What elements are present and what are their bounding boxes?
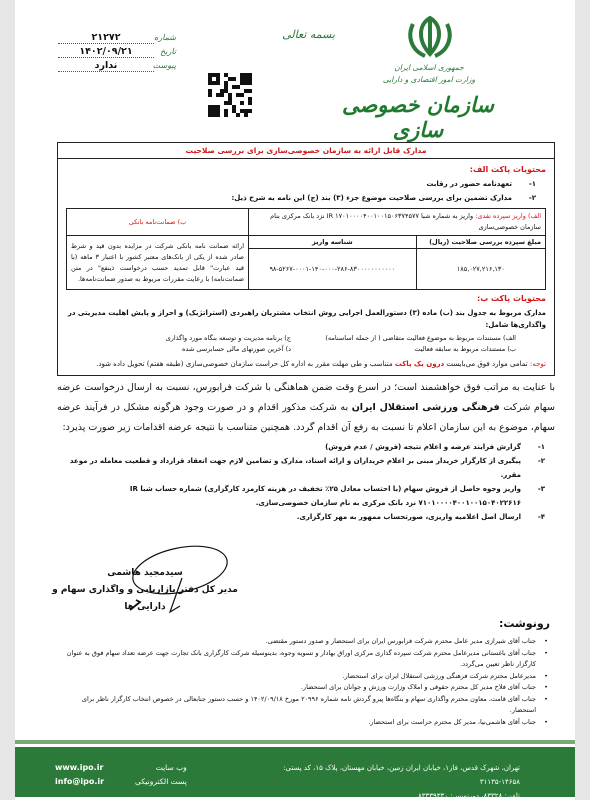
meta-attachment-label: پیوست	[154, 61, 176, 70]
gov-line-ministry: وزارت امور اقتصادی و دارایی	[381, 75, 477, 84]
cash-deposit-cell: الف) واریز سپرده نقدی: واریز به شماره شب…	[249, 209, 546, 236]
cc-heading: رونوشت:	[499, 617, 550, 630]
packet-b-item: ب) مستندات مربوط به سابقه فعالیت	[291, 344, 516, 355]
meta-number-label: شماره	[154, 33, 176, 42]
action-item: ۲-پیگیری از کارگزار خریدار مبنی بر اعلام…	[57, 454, 555, 482]
handwritten-signature-icon	[110, 540, 230, 620]
iran-emblem-icon	[405, 14, 455, 60]
bank-guarantee-label: ب) ضمانت‌نامه بانکی	[67, 209, 249, 236]
meta-date-value: ۱۴۰۲/۰۹/۲۱	[58, 46, 154, 58]
cc-item: مدیرعامل محترم شرکت فرهنگی ورزشی استقلال…	[57, 671, 536, 683]
packet-b-item: د) آخرین صورتهای مالی حسابرسی شده	[66, 344, 291, 355]
cc-item: جناب آقای شیرازی مدیر عامل محترم شرکت فر…	[57, 636, 536, 648]
meta-attachment: پیوست ندارد	[58, 60, 176, 74]
org-title: سازمان خصوصی سازی	[333, 92, 503, 142]
meta-attachment-value: ندارد	[58, 60, 154, 72]
cc-item: جناب آقای فلاح مدیر کل محترم حقوقی و امل…	[57, 682, 536, 694]
packet-a-item: ۲-مدارک تضمین برای بررسی صلاحیت موضوع جز…	[66, 192, 546, 204]
email-label: پست الکترونیکی	[135, 775, 187, 789]
cc-list: جناب آقای شیرازی مدیر عامل محترم شرکت فر…	[57, 636, 550, 728]
guarantee-text: ارائه ضمانت نامه بانکی شرکت در مزایده بد…	[67, 236, 249, 290]
website-label: وب سایت	[135, 761, 187, 775]
footer-band	[15, 740, 575, 744]
letter-page: بسمه تعالی جمهوری اسلامی ایران وزارت امو…	[15, 0, 575, 800]
cc-item: جناب آقای هاشمی‌نیا، مدیر کل محترم حراست…	[57, 717, 536, 729]
footer: تهران، شهرک قدس، فاز۱، خیابان ایران زمین…	[15, 747, 575, 797]
deposit-id-value: ۹۸-۵۲۶۷-۰۰۰۱-۱۴۰-۰۰۰-۲۸۶-۸۳۰۰۰۰۰۰۰۰۰۰۰	[249, 249, 417, 290]
cc-item: جناب آقای قامت، معاون محترم واگذاری سهام…	[57, 694, 536, 717]
packet-b-items: الف) مستندات مربوط به موضوع فعالیت متقاض…	[66, 333, 546, 355]
packet-b-intro: مدارک مربوط به جدول بند (ب) ماده (۳) دست…	[66, 307, 546, 331]
col-id-header: شناسه واریز	[249, 236, 417, 249]
body-paragraph: با عنایت به مراتب فوق خواهشمند است؛ در ا…	[57, 378, 555, 438]
footer-phone: تلفن: ۸۳۳۲۸، دورنویس: ۸۳۳۳۹۳۳۰	[260, 789, 520, 800]
packet-b-heading: محتویات پاکت ب:	[66, 294, 546, 303]
meta-date: تاریخ ۱۴۰۲/۰۹/۲۱	[58, 46, 176, 60]
col-amount-header: مبلغ سپرده بررسی صلاحیت (ریال)	[416, 236, 545, 249]
cash-deposit-label: الف) واریز سپرده نقدی:	[475, 212, 541, 220]
note-label: توجه:	[530, 360, 546, 368]
deposit-table: الف) واریز سپرده نقدی: واریز به شماره شب…	[66, 208, 546, 290]
requirements-title: مدارک قابل ارائه به سازمان خصوصی‌سازی بر…	[58, 143, 554, 159]
requirements-box: مدارک قابل ارائه به سازمان خصوصی‌سازی بر…	[57, 142, 555, 376]
amount-value: ۱۸۵,۰۲۷,۲۱۶,۱۳۰	[416, 249, 545, 290]
bismillah: بسمه تعالی	[282, 28, 335, 41]
action-item: ۱-گزارش فرایند عرضه و اعلام نتیجه (فروش …	[57, 440, 555, 454]
packet-b-item: ج) برنامه مدیریت و توسعه بنگاه مورد واگذ…	[66, 333, 291, 344]
note-highlight: درون یک پاکت	[395, 360, 444, 368]
note: توجه: تمامی موارد فوق می‌بایست درون یک پ…	[66, 359, 546, 370]
meta-number: شماره ۲۱۲۷۲	[58, 32, 176, 46]
gov-line-republic: جمهوری اسلامی ایران	[381, 63, 477, 72]
qr-code-icon[interactable]	[208, 73, 252, 117]
footer-address: تهران، شهرک قدس، فاز۱، خیابان ایران زمین…	[260, 761, 520, 800]
action-list: ۱-گزارش فرایند عرضه و اعلام نتیجه (فروش …	[57, 440, 555, 524]
letter-meta: شماره ۲۱۲۷۲ تاریخ ۱۴۰۲/۰۹/۲۱ پیوست ندارد	[58, 32, 176, 74]
packet-a-item: ۱-تعهدنامه حضور در رقابت	[66, 178, 546, 190]
website-link[interactable]: www.ipo.ir	[55, 761, 104, 775]
action-item: ۴-ارسال اصل اعلامیه واریزی، صورتحساب ممه…	[57, 510, 555, 524]
meta-number-value: ۲۱۲۷۲	[58, 32, 154, 44]
email-link[interactable]: info@ipo.ir	[55, 775, 104, 789]
packet-b-item: الف) مستندات مربوط به موضوع فعالیت متقاض…	[291, 333, 516, 344]
cc-item: جناب آقای باغستانی مدیرعامل محترم شرکت س…	[57, 648, 536, 671]
meta-date-label: تاریخ	[154, 47, 176, 56]
footer-links: www.ipo.ir info@ipo.ir	[55, 761, 104, 789]
footer-labels: وب سایت پست الکترونیکی	[135, 761, 187, 789]
action-item: ۳-واریز وجوه حاصل از فروش سهام (با احتسا…	[57, 482, 555, 510]
packet-a-heading: محتویات پاکت الف:	[66, 165, 546, 174]
company-name: فرهنگی ورزشی استقلال ایران	[352, 402, 500, 413]
